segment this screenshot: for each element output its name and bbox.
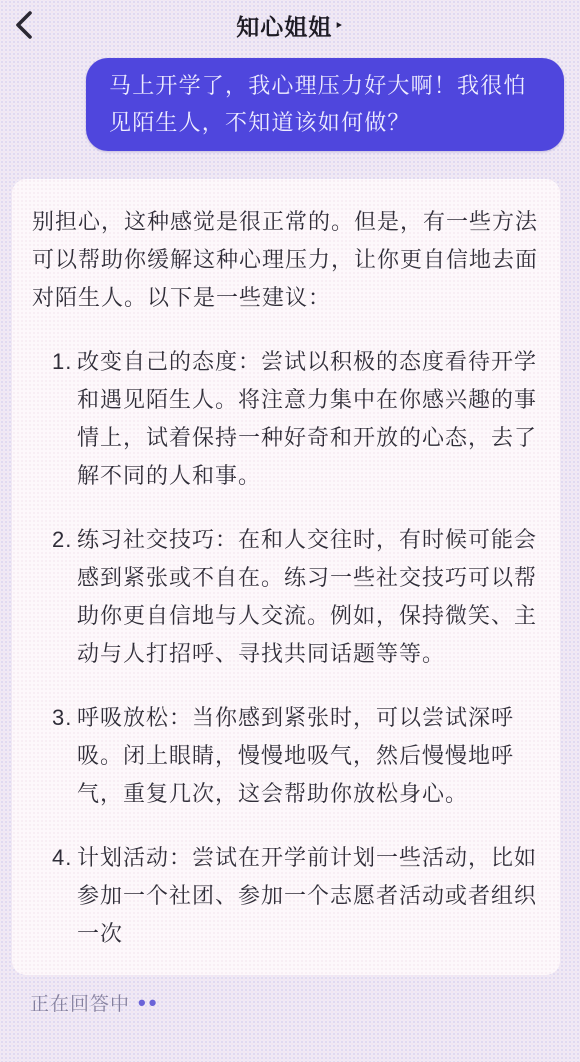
list-item: 4. 计划活动：尝试在开学前计划一些活动，比如参加一个社团、参加一个志愿者活动或… xyxy=(32,839,540,953)
list-item-text: 计划活动：尝试在开学前计划一些活动，比如参加一个社团、参加一个志愿者活动或者组织… xyxy=(77,839,540,953)
typing-dots-icon: •• xyxy=(138,993,159,1012)
list-item: 3. 呼吸放松：当你感到紧张时，可以尝试深呼吸。闭上眼睛，慢慢地吸气，然后慢慢地… xyxy=(32,699,540,813)
list-item-text: 呼吸放松：当你感到紧张时，可以尝试深呼吸。闭上眼睛，慢慢地吸气，然后慢慢地呼气，… xyxy=(77,699,540,813)
page-title: 知心姐姐 xyxy=(236,9,332,42)
assistant-message-card: 别担心，这种感觉是很正常的。但是，有一些方法可以帮助你缓解这种心理压力，让你更自… xyxy=(12,179,560,975)
list-item-text: 改变自己的态度：尝试以积极的态度看待开学和遇见陌生人。将注意力集中在你感兴趣的事… xyxy=(77,343,540,495)
list-item-number: 2. xyxy=(52,521,76,559)
list-item: 2. 练习社交技巧：在和人交往时，有时候可能会感到紧张或不自在。练习一些社交技巧… xyxy=(32,521,540,673)
assistant-intro-text: 别担心，这种感觉是很正常的。但是，有一些方法可以帮助你缓解这种心理压力，让你更自… xyxy=(32,203,540,317)
list-item-number: 4. xyxy=(52,839,76,877)
user-message-row: 马上开学了，我心理压力好大啊！我很怕见陌生人，不知道该如何做？ xyxy=(0,58,580,151)
list-item-number: 3. xyxy=(52,699,76,737)
list-item-number: 1. xyxy=(52,343,76,381)
chat-header: 知心姐姐 ‣ xyxy=(0,0,580,57)
chat-title-button[interactable]: 知心姐姐 ‣ xyxy=(0,0,580,50)
title-dropdown-icon: ‣ xyxy=(334,16,343,36)
suggestion-list: 1. 改变自己的态度：尝试以积极的态度看待开学和遇见陌生人。将注意力集中在你感兴… xyxy=(32,343,540,953)
user-message-bubble: 马上开学了，我心理压力好大啊！我很怕见陌生人，不知道该如何做？ xyxy=(86,58,564,151)
generating-status: 正在回答中 •• xyxy=(30,989,580,1016)
status-text: 正在回答中 xyxy=(30,989,130,1016)
list-item: 1. 改变自己的态度：尝试以积极的态度看待开学和遇见陌生人。将注意力集中在你感兴… xyxy=(32,343,540,495)
list-item-text: 练习社交技巧：在和人交往时，有时候可能会感到紧张或不自在。练习一些社交技巧可以帮… xyxy=(77,521,540,673)
